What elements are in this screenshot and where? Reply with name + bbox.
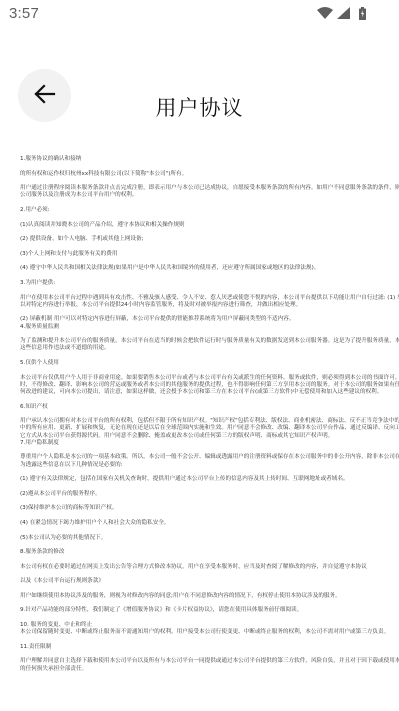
section-heading: 8.服务条款的修改 (20, 549, 399, 556)
paragraph: 尊重用户个人隐私是本公司的一项基本政策。所以，本公司一般不会公开、编辑或透露用户… (20, 454, 399, 468)
section-heading: 2.用户必须: (20, 207, 399, 214)
list-item: (2) 提供设备，如个人电脑、手机或其他上网设备; (20, 236, 399, 243)
list-item: (3)个人上网和支付与此服务有关的费用 (20, 251, 399, 258)
status-time: 3:57 (9, 5, 39, 22)
list-item: (5)本公司认为必要的其他情况下。 (20, 535, 399, 542)
paragraph: 用户如继续使用本协议涉及的服务，则视为对修改内容的同意;用户在不同意修改内容的情… (20, 593, 399, 600)
list-item: (1) 遵守有关法律规定，包括在国家有关机关查询时，提供用户通过本公司平台上传的… (20, 476, 399, 483)
list-item: (1)认真阅读并知晓本公司的产品介绍，遵守本协议和相关操作规则 (20, 222, 399, 229)
section-heading: 7.用户隐私制度 (20, 440, 399, 447)
agreement-content[interactable]: 1.服务协议的确认和接纳 的所有权和运作权归杭州xx科技有限公司(以下简称"本公… (20, 156, 399, 680)
paragraph: 的所有权和运作权归杭州xx科技有限公司(以下简称"本公司")所有。 (20, 171, 399, 178)
list-item: (4) 在紧急情况下竭力维护用户个人和社会大众的隐私安全。 (20, 520, 399, 527)
section-heading: 3.为用户提供: (20, 280, 399, 287)
battery-charging-icon (359, 7, 366, 20)
section-heading: 1.服务协议的确认和接纳 (20, 156, 399, 163)
list-item: (3)保持维护本公司的商标等知识产权。 (20, 505, 399, 512)
status-icons (317, 6, 366, 20)
paragraph: 为了监测和提升本公司平台的服务质量，本公司平台在适当的时候会把软件运行时与服务质… (20, 338, 399, 352)
paragraph: 用户通过注册程序阅读本服务条款并点击完成注册，即表示用户与本公司已达成协议，自愿… (20, 185, 399, 199)
paragraph: 用户在使用本公司平台过程中遇到具有攻击性、不雅及骇人感受、令人不安、惹人厌恶或使… (20, 295, 399, 309)
paragraph: 以及《本公司平台运行规则条款》 (20, 578, 399, 585)
section-heading: 4.服务质量监测 (20, 324, 399, 331)
paragraph: 用户理解并同意自主选择下载和使用本公司平台以及所有与本公司平台一同提供或通过本公… (20, 658, 399, 672)
wifi-icon (317, 7, 333, 19)
paragraph: 本公司有权在必要时通过在网页上发出公告等合理方式修改本协议。用户在享受本服务时，… (20, 564, 399, 571)
list-item: (2)遵从本公司平台的服务程序。 (20, 491, 399, 498)
section-heading: 11.责任限制 (20, 644, 399, 651)
list-item: (2) 屏蔽机制 用户可以对特定内容进行屏蔽，本公司平台提供的智能推荐系统将为用… (20, 316, 399, 323)
paragraph: 本公司平台仅供用户个人用于非商业用途。如果要销售本公司平台或者与本公司平台有关或… (20, 375, 399, 397)
cellular-signal-icon (337, 7, 350, 19)
list-item: (4) 遵守中华人民共和国相关法律法规(如果用户是中华人民共和国境外的使用者，还… (20, 265, 399, 272)
paragraph: 用户承认本公司拥有对本公司平台的所有权利，包括但不限于所有知识产权。"知识产权"… (20, 418, 399, 440)
paragraph: 9.针对产品功能的部分特性，我们制定了《增值服务协议》和《卡片权益协议》，请您在… (20, 607, 399, 614)
paragraph: 本公司保留随时变更、中断或终止服务而不需通知用户的权利。用户接受本公司行使变更、… (20, 629, 399, 636)
status-bar: 3:57 (0, 0, 399, 28)
page-title: 用户协议 (0, 92, 399, 122)
section-heading: 6.知识产权 (20, 404, 399, 411)
section-heading: 5.仅供个人使用 (20, 360, 399, 367)
